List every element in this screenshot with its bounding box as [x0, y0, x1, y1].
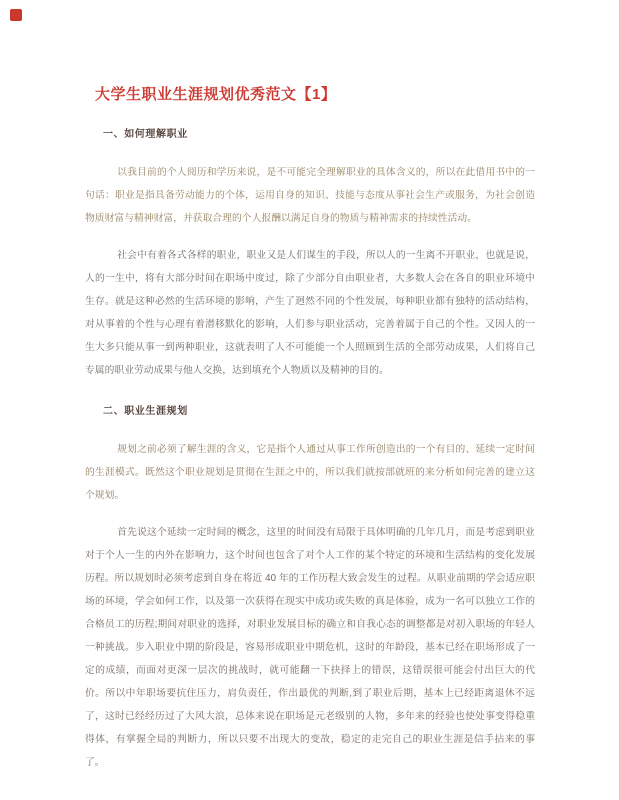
article-body: 一、如何理解职业 以我目前的个人阅历和学历来说，是不可能完全理解职业的具体含义的…: [85, 129, 535, 774]
paragraph-2: 社会中有着各式各样的职业，职业又是人们谋生的手段，所以人的一生离不开职业，也就是…: [85, 244, 535, 382]
section-heading-2: 二、职业生涯规划: [103, 406, 535, 418]
page-title: 大学生职业生涯规划优秀范文【1】: [95, 84, 619, 105]
paragraph-4: 首先说这个延续一定时间的概念，这里的时间没有局限于具体明确的几年几月，而是考虑到…: [85, 521, 535, 774]
paragraph-3: 规划之前必须了解生涯的含义，它是指个人通过从事工作所创造出的一个有目的、延续一定…: [85, 438, 535, 507]
red-corner-mark-icon: [10, 9, 22, 21]
section-heading-1: 一、如何理解职业: [103, 129, 535, 141]
paragraph-1: 以我目前的个人阅历和学历来说，是不可能完全理解职业的具体含义的，所以在此借用书中…: [85, 161, 535, 230]
document-page: 大学生职业生涯规划优秀范文【1】 一、如何理解职业 以我目前的个人阅历和学历来说…: [0, 0, 619, 800]
